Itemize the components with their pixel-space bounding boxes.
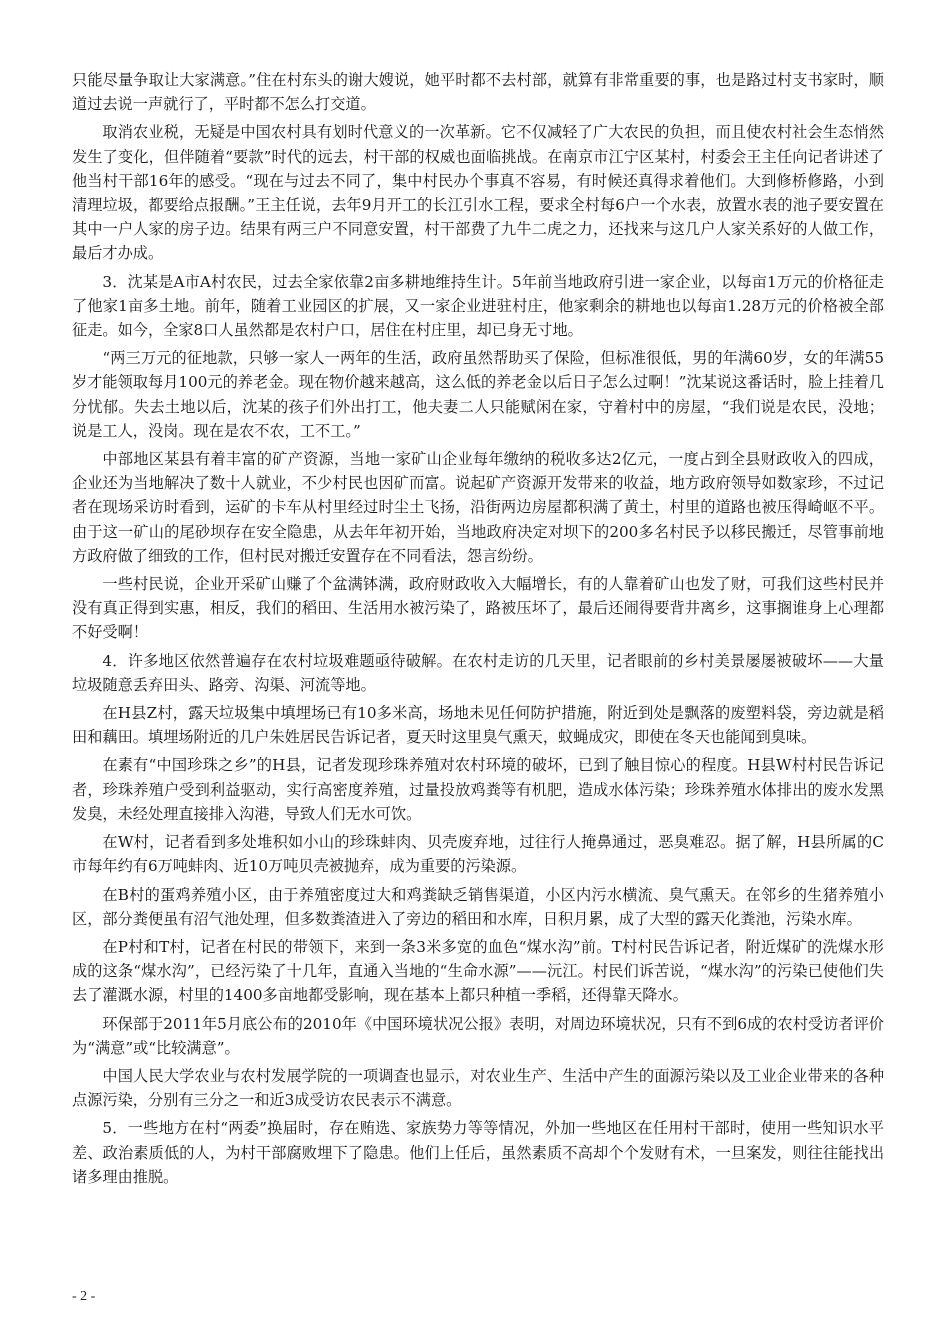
paragraph-quote-shen: “两三万元的征地款，只够一家人一两年的生活，政府虽然帮助买了保险，但标准很低，男… [72, 346, 884, 443]
paragraph-h-county-z-village: 在H县Z村，露天垃圾集中填埋场已有10多米高，场地未见任何防护措施，附近到处是飘… [72, 701, 884, 749]
document-body: 只能尽量争取让大家满意。”住在村东头的谢大嫂说，她平时都不去村部，就算有非常重要… [72, 68, 884, 1193]
paragraph-renmin-survey: 中国人民大学农业与农村发展学院的一项调查也显示，对农业生产、生活中产生的面源污染… [72, 1064, 884, 1112]
paragraph-mining-county: 中部地区某县有着丰富的矿产资源，当地一家矿山企业每年缴纳的税收多达2亿元，一度占… [72, 447, 884, 568]
paragraph-item-4: 4．许多地区依然普遍存在农村垃圾难题亟待破解。在农村走访的几天里，记者眼前的乡村… [72, 649, 884, 697]
paragraph-item-3: 3．沈某是A市A村农民，过去全家依靠2亩多耕地维持生计。5年前当地政府引进一家企… [72, 270, 884, 343]
paragraph-p-t-village: 在P村和T村，记者在村民的带领下，来到一条3米多宽的血色“煤水沟”前。T村村民告… [72, 935, 884, 1008]
paragraph-item-5: 5．一些地方在村“两委”换届时，存在贿选、家族势力等等情况，外加一些地区在任用村… [72, 1116, 884, 1189]
paragraph-villagers-complaint: 一些村民说，企业开采矿山赚了个盆满钵满，政府财政收入大幅增长，有的人靠着矿山也发… [72, 572, 884, 645]
paragraph-b-village: 在B村的蛋鸡养殖小区，由于养殖密度过大和鸡粪缺乏销售渠道，小区内污水横流、臭气熏… [72, 883, 884, 931]
paragraph-pearl-hometown: 在素有“中国珍珠之乡”的H县，记者发现珍珠养殖对农村环境的破坏，已到了触目惊心的… [72, 753, 884, 826]
paragraph-w-village: 在W村，记者看到多处堆积如小山的珍珠蚌肉、贝壳废弃地，过往行人掩鼻通过，恶臭难忍… [72, 830, 884, 878]
paragraph-agricultural-tax: 取消农业税，无疑是中国农村具有划时代意义的一次革新。它不仅减轻了广大农民的负担，… [72, 120, 884, 265]
page-number: - 2 - [72, 1289, 95, 1305]
paragraph-environment-bulletin: 环保部于2011年5月底公布的2010年《中国环境状况公报》表明，对周边环境状况… [72, 1012, 884, 1060]
paragraph-continuation: 只能尽量争取让大家满意。”住在村东头的谢大嫂说，她平时都不去村部，就算有非常重要… [72, 68, 884, 116]
